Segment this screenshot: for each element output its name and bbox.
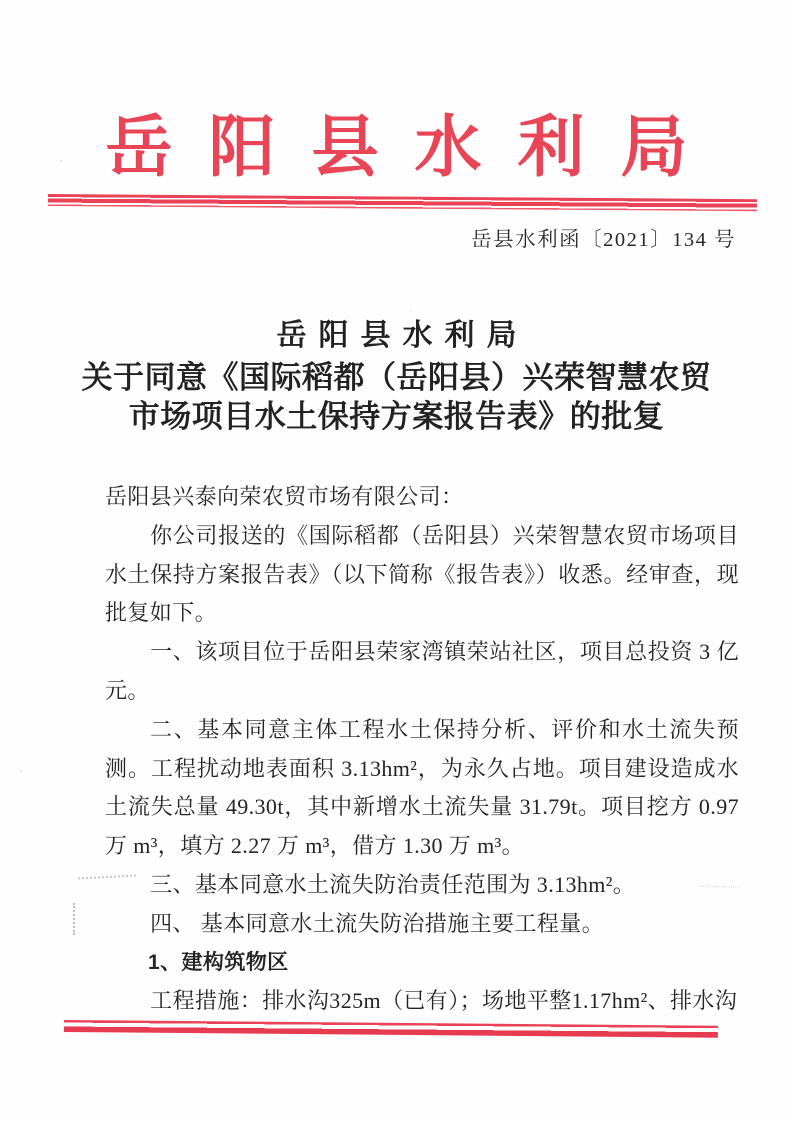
document-body: 岳阳县兴泰向荣农贸市场有限公司： 你公司报送的《国际稻都（岳阳县）兴荣智慧农贸市… (105, 478, 739, 1021)
scan-noise-specks (60, 160, 62, 162)
header-red-rule (48, 194, 757, 211)
paragraph-subheading-zone-1: 1、建构筑物区 (105, 944, 739, 983)
document-number: 岳县水利函〔2021〕134 号 (471, 222, 736, 252)
paragraph-item-1: 一、该项目位于岳阳县荣家湾镇荣站社区，项目总投资 3 亿元。 (105, 633, 739, 711)
paragraph-item-3: 三、基本同意水土流失防治责任范围为 3.13hm²。 (105, 866, 739, 905)
salutation-line: 岳阳县兴泰向荣农贸市场有限公司： (105, 478, 739, 517)
title-line-1: 岳阳县水利局 (0, 314, 793, 358)
letterhead-agency-title: 岳阳县水利局 (0, 112, 793, 186)
scan-smudge (73, 903, 75, 935)
scanned-document-page: 岳阳县水利局 岳县水利函〔2021〕134 号 岳阳县水利局 关于同意《国际稻都… (0, 0, 793, 1122)
title-line-2: 关于同意《国际稻都（岳阳县）兴荣智慧农贸 (0, 358, 793, 397)
paragraph-item-2: 二、基本同意主体工程水土保持分析、评价和水土流失预测。工程扰动地表面积 3.13… (105, 711, 739, 866)
footer-red-rule (64, 1020, 718, 1037)
paragraph-intro: 你公司报送的《国际稻都（岳阳县）兴荣智慧农贸市场项目水土保持方案报告表》（以下简… (105, 517, 739, 633)
title-line-3: 市场项目水土保持方案报告表》的批复 (0, 397, 793, 436)
document-title: 岳阳县水利局 关于同意《国际稻都（岳阳县）兴荣智慧农贸 市场项目水土保持方案报告… (0, 314, 793, 436)
letterhead-text: 岳阳县水利局 (106, 111, 724, 185)
paragraph-engineering-measures: 工程措施：排水沟325m（已有）；场地平整1.17hm²、排水沟 (105, 982, 739, 1021)
paragraph-item-4: 四、 基本同意水土流失防治措施主要工程量。 (105, 905, 739, 944)
